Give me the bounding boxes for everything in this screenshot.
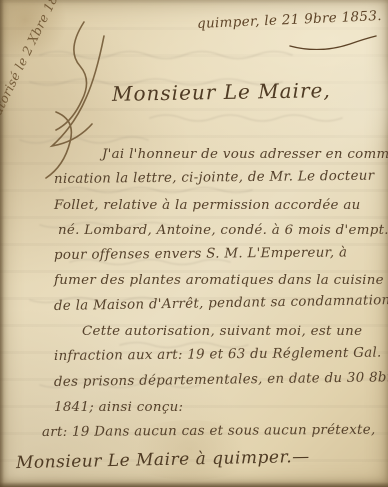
dateline: quimper, le 21 9bre 1853. — [197, 8, 382, 32]
body-line: des prisons départementales, en date du … — [54, 365, 384, 395]
body-line: Follet, relative à la permission accordé… — [54, 193, 384, 218]
body-line: 1841; ainsi conçu: — [54, 395, 384, 420]
letter-scan: quimper, le 21 9bre 1853. autorisé le 2 … — [0, 0, 388, 487]
salutation: Monsieur Le Maire, — [112, 78, 331, 106]
letter-body: J'ai l'honneur de vous adresser en commu… — [54, 142, 384, 446]
body-line: pour offenses envers S. M. L'Empereur, à — [54, 240, 384, 268]
body-line: né. Lombard, Antoine, condé. à 6 mois d'… — [58, 218, 384, 243]
paper-edge-bottom — [0, 482, 388, 487]
paper-edge-left — [0, 0, 4, 487]
body-line: art: 19 Dans aucun cas et sous aucun pré… — [42, 418, 384, 446]
dateline-flourish — [288, 34, 378, 50]
body-line: de la Maison d'Arrêt, pendant sa condamn… — [54, 288, 384, 319]
address-line: Monsieur Le Maire à quimper.— — [16, 447, 310, 473]
body-line: nication la lettre, ci-jointe, de Mr. Le… — [54, 164, 384, 193]
